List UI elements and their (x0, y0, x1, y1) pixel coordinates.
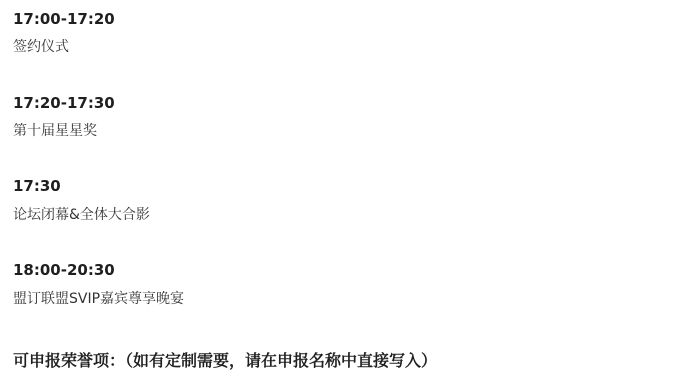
honors-heading: 可申报荣誉项：（如有定制需要，请在申报名称中直接写入） (13, 351, 437, 371)
schedule-title: 第十届星星奖 (13, 122, 97, 140)
schedule-title: 盟订联盟SVIP嘉宾尊享晚宴 (13, 290, 184, 308)
schedule-time: 17:20-17:30 (13, 94, 115, 112)
schedule-time: 18:00-20:30 (13, 261, 115, 279)
schedule-time: 17:00-17:20 (13, 10, 115, 28)
schedule-title: 签约仪式 (13, 38, 69, 56)
schedule-title: 论坛闭幕&全体大合影 (13, 206, 150, 224)
schedule-time: 17:30 (13, 177, 61, 195)
